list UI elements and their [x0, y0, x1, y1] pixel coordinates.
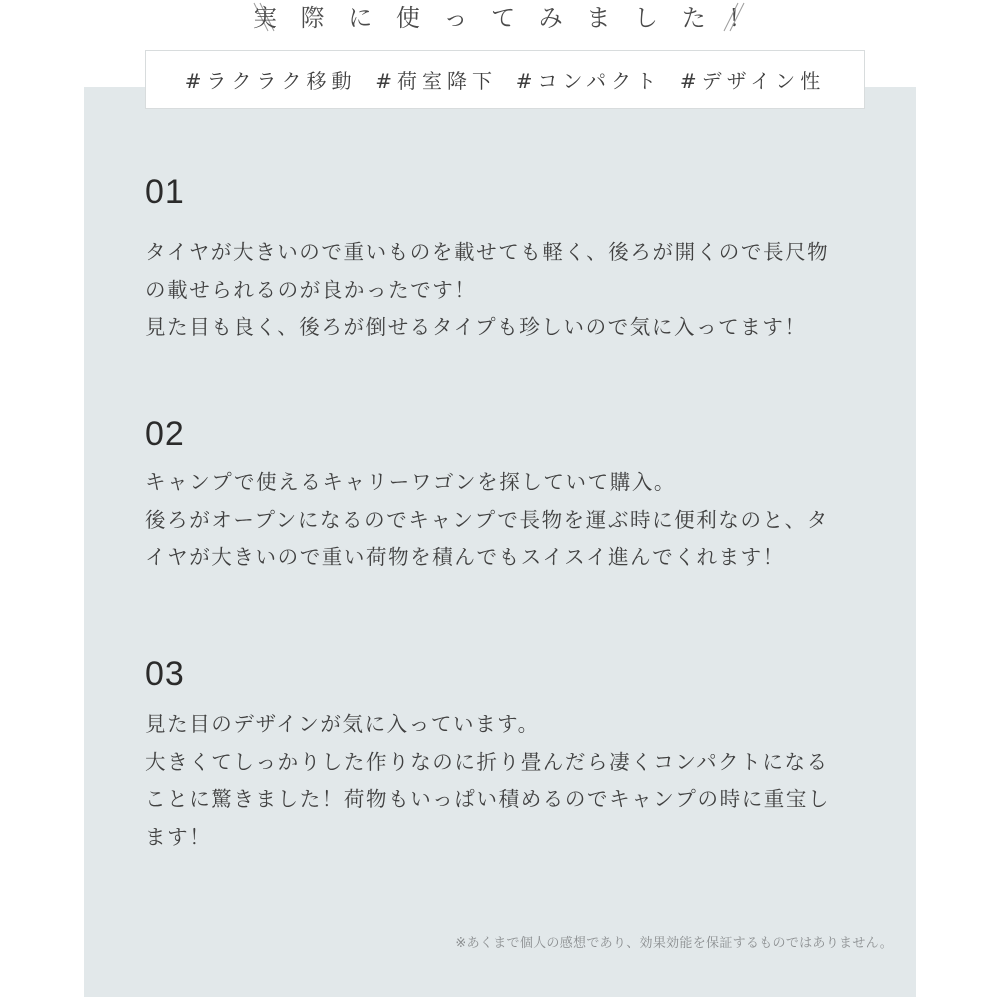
hashtag-compact: #コンパクト: [516, 65, 661, 94]
review-line: 大きくてしっかりした作りなのに折り畳んだら凄くコンパクトになる: [145, 744, 885, 782]
hashtag-box: #ラクラク移動 #荷室降下 #コンパクト #デザイン性: [145, 50, 865, 109]
review-line: キャンプで使えるキャリーワゴンを探していて購入。: [145, 464, 885, 502]
review-line: タイヤが大きいので重いものを載せても軽く、後ろが開くので長尺物: [145, 234, 885, 272]
double-slash-decoration-icon: [722, 2, 746, 32]
hashtag-easy-move: #ラクラク移動: [185, 65, 357, 94]
section-header: 実 際 に 使 っ て み ま し た !: [0, 0, 1000, 40]
review-line: 見た目のデザインが気に入っています。: [145, 706, 885, 744]
review-text: 見た目のデザインが気に入っています。 大きくてしっかりした作りなのに折り畳んだら…: [145, 706, 885, 856]
review-line: 後ろがオープンになるのでキャンプで長物を運ぶ時に便利なのと、タ: [145, 502, 885, 540]
review-line: ことに驚きました！荷物もいっぱい積めるのでキャンプの時に重宝し: [145, 781, 885, 819]
review-line: 見た目も良く、後ろが倒せるタイプも珍しいので気に入ってます！: [145, 309, 885, 347]
hashtag-cargo-drop: #荷室降下: [375, 65, 497, 94]
review-text: キャンプで使えるキャリーワゴンを探していて購入。 後ろがオープンになるのでキャン…: [145, 464, 885, 577]
review-text: タイヤが大きいので重いものを載せても軽く、後ろが開くので長尺物 の載せられるのが…: [145, 234, 885, 347]
review-line: ます！: [145, 819, 885, 857]
hashtag-design: #デザイン性: [680, 65, 825, 94]
section-title: 実 際 に 使 っ て み ま し た !: [0, 2, 1000, 34]
review-line: の載せられるのが良かったです！: [145, 272, 885, 310]
review-line: イヤが大きいので重い荷物を積んでもスイスイ進んでくれます！: [145, 539, 885, 577]
disclaimer-note: ※あくまで個人の感想であり、効果効能を保証するものではありません。: [455, 932, 893, 951]
review-number: 03: [145, 654, 885, 694]
review-number: 02: [145, 414, 885, 454]
review-entry-01: 01 タイヤが大きいので重いものを載せても軽く、後ろが開くので長尺物 の載せられ…: [145, 172, 885, 347]
review-entry-03: 03 見た目のデザインが気に入っています。 大きくてしっかりした作りなのに折り畳…: [145, 654, 885, 856]
review-number: 01: [145, 172, 885, 212]
review-entry-02: 02 キャンプで使えるキャリーワゴンを探していて購入。 後ろがオープンになるので…: [145, 414, 885, 577]
